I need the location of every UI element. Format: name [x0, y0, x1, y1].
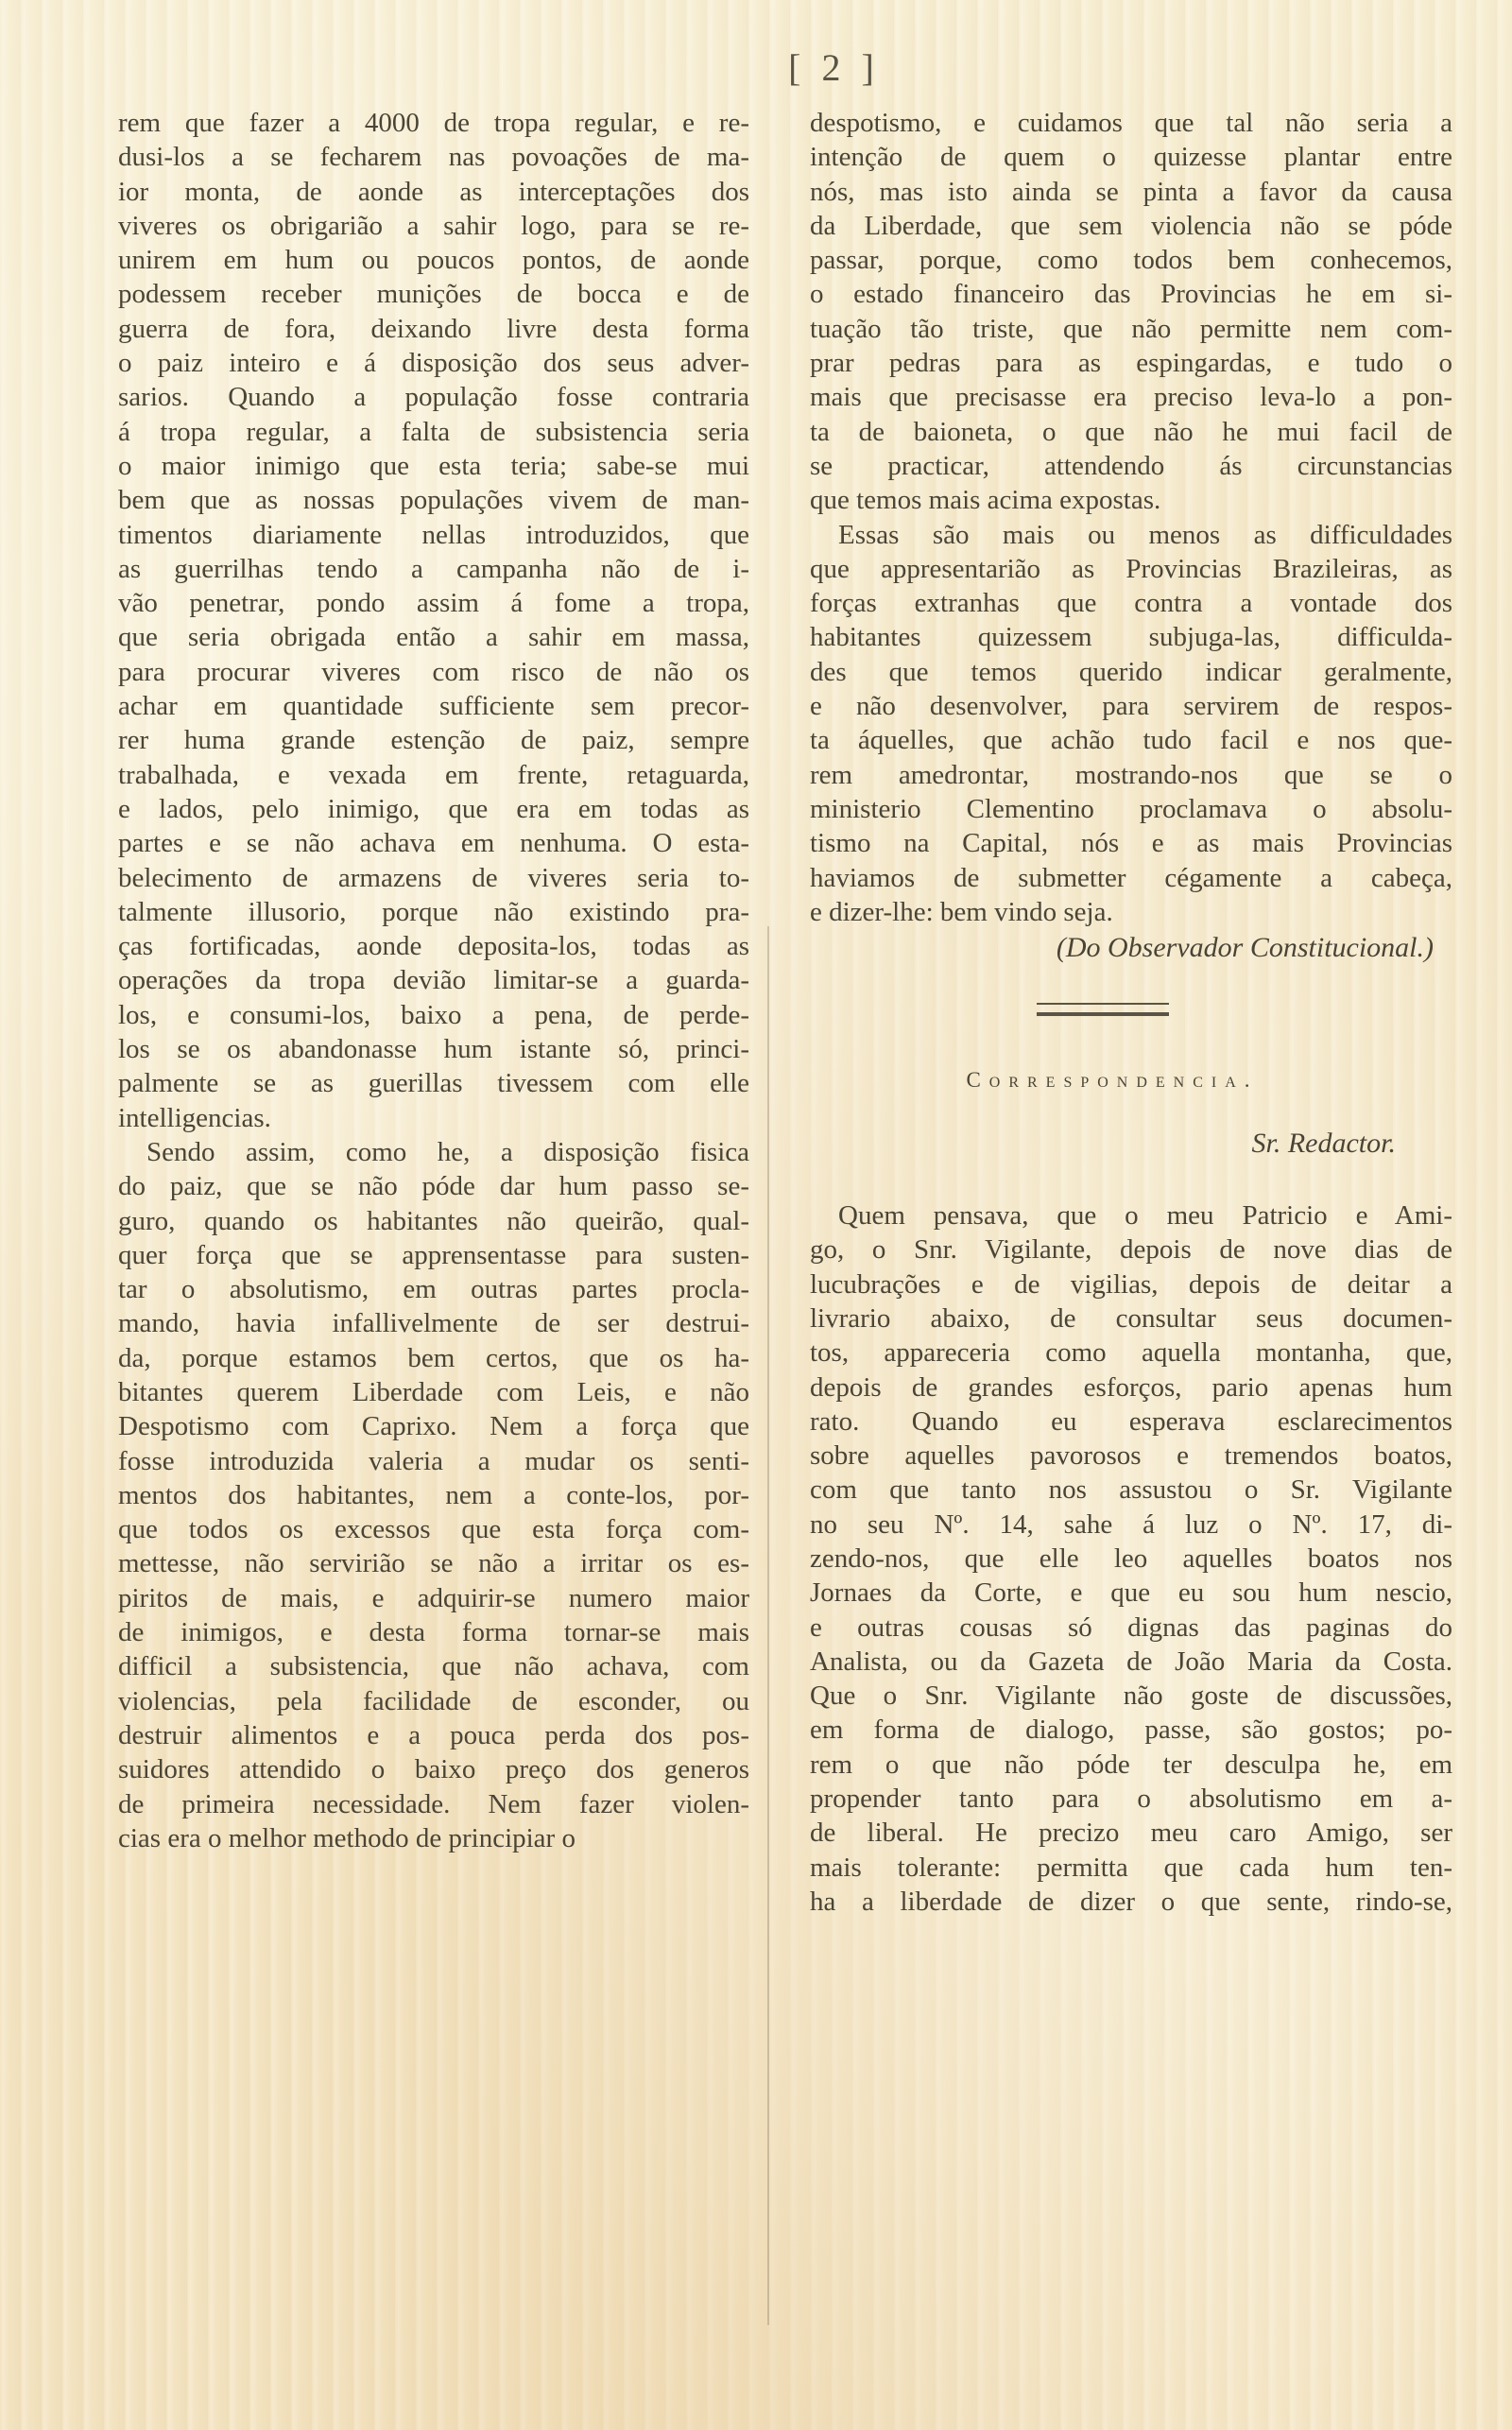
text-line: destruir alimentos e a pouca perda dos p… [118, 1718, 749, 1752]
text-line: ta áquelles, que achão tudo facil e nos … [810, 723, 1452, 757]
text-line: e não desenvolver, para servirem de resp… [810, 689, 1452, 723]
text-line: mais que precisasse era preciso leva-lo … [810, 380, 1452, 414]
text-line: forças extranhas que contra a vontade do… [810, 586, 1452, 620]
text-line: lucubrações e de vigilias, depois de dei… [810, 1267, 1452, 1301]
text-line: belecimento de armazens de viveres seria… [118, 861, 749, 895]
text-line: partes e se não achava em nenhuma. O est… [118, 826, 749, 860]
text-line: sarios. Quando a população fosse contrar… [118, 380, 749, 414]
text-line: do paiz, que se não póde dar hum passo s… [118, 1169, 749, 1203]
text-line: ministerio Clementino proclamava o absol… [810, 792, 1452, 826]
text-line: o paiz inteiro e á disposição dos seus a… [118, 346, 749, 380]
text-line: com que tanto nos assustou o Sr. Vigilan… [810, 1473, 1452, 1507]
text-line: tuação tão triste, que não permitte nem … [810, 312, 1452, 346]
text-line: da Liberdade, que sem violencia não se p… [810, 209, 1452, 243]
text-line: rem amedrontar, mostrando-nos que se o [810, 758, 1452, 792]
text-line: á tropa regular, a falta de subsistencia… [118, 415, 749, 449]
text-line: que appresentarião as Provincias Brazile… [810, 552, 1452, 586]
right-column: despotismo, e cuidamos que tal não seria… [810, 106, 1452, 1919]
text-line: zendo-nos, que elle leo aquelles boatos … [810, 1542, 1452, 1576]
text-line: Sendo assim, como he, a disposição fisic… [118, 1135, 749, 1169]
text-line: fosse introduzida valeria a mudar os sen… [118, 1444, 749, 1478]
letter-salutation: Sr. Redactor. [810, 1127, 1452, 1161]
text-line: da, porque estamos bem certos, que os ha… [118, 1341, 749, 1375]
text-line: Que o Snr. Vigilante não goste de discus… [810, 1679, 1452, 1713]
text-line: ças fortificadas, aonde deposita-los, to… [118, 929, 749, 963]
text-line: quer força que se apprensentasse para su… [118, 1238, 749, 1272]
text-line: ta de baioneta, o que não he mui facil d… [810, 415, 1452, 449]
text-line: go, o Snr. Vigilante, depois de nove dia… [810, 1232, 1452, 1267]
text-line: o estado financeiro das Provincias he em… [810, 277, 1452, 311]
text-line: talmente illusorio, porque não existindo… [118, 895, 749, 929]
text-line: unirem em hum ou poucos pontos, de aonde [118, 243, 749, 277]
text-line: intenção de quem o quizesse plantar entr… [810, 140, 1452, 174]
text-line: ior monta, de aonde as interceptações do… [118, 175, 749, 209]
text-line: no seu Nº. 14, sahe á luz o Nº. 17, di- [810, 1508, 1452, 1542]
text-line: nós, mas isto ainda se pinta a favor da … [810, 175, 1452, 209]
text-line: que temos mais acima expostas. [810, 483, 1452, 517]
text-line: e dizer-lhe: bem vindo seja. [810, 895, 1452, 929]
text-line: que seria obrigada então a sahir em mass… [118, 620, 749, 654]
left-column: rem que fazer a 4000 de tropa regular, e… [118, 106, 749, 1855]
text-line: rer huma grande estenção de paiz, sempre [118, 723, 749, 757]
text-line: rem que fazer a 4000 de tropa regular, e… [118, 106, 749, 140]
text-line: rem o que não póde ter desculpa he, em [810, 1748, 1452, 1782]
text-line: des que temos querido indicar geralmente… [810, 655, 1452, 689]
text-line: de liberal. He precizo meu caro Amigo, s… [810, 1816, 1452, 1850]
text-line: dusi-los a se fecharem nas povoações de … [118, 140, 749, 174]
text-line: rato. Quando eu esperava esclarecimentos [810, 1405, 1452, 1439]
text-line: que todos os excessos que esta força com… [118, 1512, 749, 1546]
text-line: o maior inimigo que esta teria; sabe-se … [118, 449, 749, 483]
text-line: Despotismo com Caprixo. Nem a força que [118, 1409, 749, 1443]
text-line: tar o absolutismo, em outras partes proc… [118, 1272, 749, 1306]
text-line: mando, havia infallivelmente de ser dest… [118, 1306, 749, 1340]
text-line: mais tolerante: permitta que cada hum te… [810, 1851, 1452, 1885]
text-line: palmente se as guerillas tivessem com el… [118, 1066, 749, 1100]
text-line: tismo na Capital, nós e as mais Provinci… [810, 826, 1452, 860]
text-line: em forma de dialogo, passe, são gostos; … [810, 1713, 1452, 1747]
text-line: difficil a subsistencia, que não achava,… [118, 1649, 749, 1683]
article-source-signature: (Do Observador Constitucional.) [810, 931, 1452, 965]
text-line: piritos de mais, e adquirir-se numero ma… [118, 1581, 749, 1615]
text-line: se practicar, attendendo ás circunstanci… [810, 449, 1452, 483]
text-line: viveres os obrigarião a sahir logo, para… [118, 209, 749, 243]
text-line: podessem receber munições de bocca e de [118, 277, 749, 311]
newspaper-page: [ 2 ] rem que fazer a 4000 de tropa regu… [0, 0, 1512, 2430]
text-line: guro, quando os habitantes não queirão, … [118, 1204, 749, 1238]
text-line: as guerrilhas tendo a campanha não de i- [118, 552, 749, 586]
text-line: prar pedras para as espingardas, e tudo … [810, 346, 1452, 380]
text-line: depois de grandes esforços, pario apenas… [810, 1370, 1452, 1405]
text-line: operações da tropa devião limitar-se a g… [118, 963, 749, 997]
text-line: e outras cousas só dignas das paginas do [810, 1611, 1452, 1645]
text-line: intelligencias. [118, 1101, 749, 1135]
text-line: tos, appareceria como aquella montanha, … [810, 1336, 1452, 1370]
text-line: propender tanto para o absolutismo em a- [810, 1782, 1452, 1816]
text-line: los, e consumi-los, baixo a pena, de per… [118, 998, 749, 1032]
section-separator-rule [1037, 1003, 1169, 1016]
text-line: Analista, ou da Gazeta de João Maria da … [810, 1645, 1452, 1679]
text-line: despotismo, e cuidamos que tal não seria… [810, 106, 1452, 140]
text-line: suidores attendido o baixo preço dos gen… [118, 1752, 749, 1786]
text-line: trabalhada, e vexada em frente, retaguar… [118, 758, 749, 792]
text-line: passar, porque, como todos bem conhecemo… [810, 243, 1452, 277]
text-line: habitantes quizessem subjuga-las, diffic… [810, 620, 1452, 654]
text-line: bem que as nossas populações vivem de ma… [118, 483, 749, 517]
column-divider [767, 926, 769, 2325]
text-line: haviamos de submetter cégamente a cabeça… [810, 861, 1452, 895]
page-number: [ 2 ] [0, 45, 1512, 90]
text-line: para procurar viveres com risco de não o… [118, 655, 749, 689]
text-line: bitantes querem Liberdade com Leis, e nã… [118, 1375, 749, 1409]
text-line: mentos dos habitantes, nem a conte-los, … [118, 1478, 749, 1512]
correspondence-letter: Quem pensava, que o meu Patricio e Ami-g… [810, 1198, 1452, 1919]
text-line: mettesse, não servirião se não a irritar… [118, 1546, 749, 1580]
article-continuation: despotismo, e cuidamos que tal não seria… [810, 106, 1452, 929]
text-line: Quem pensava, que o meu Patricio e Ami- [810, 1198, 1452, 1232]
text-line: e lados, pelo inimigo, que era em todas … [118, 792, 749, 826]
section-title: Correspondencia. [772, 1063, 1452, 1097]
text-line: livrario abaixo, de consultar seus docum… [810, 1301, 1452, 1336]
text-line: ha a liberdade de dizer o que sente, rin… [810, 1885, 1452, 1919]
text-line: los se os abandonasse hum istante só, pr… [118, 1032, 749, 1066]
text-line: Essas são mais ou menos as difficuldades [810, 518, 1452, 552]
text-line: achar em quantidade sufficiente sem prec… [118, 689, 749, 723]
text-line: guerra de fora, deixando livre desta for… [118, 312, 749, 346]
text-line: de inimigos, e desta forma tornar-se mai… [118, 1615, 749, 1649]
text-line: cias era o melhor methodo de principiar … [118, 1821, 749, 1855]
text-line: violencias, pela facilidade de esconder,… [118, 1684, 749, 1718]
text-line: Jornaes da Corte, e que eu sou hum nesci… [810, 1576, 1452, 1610]
text-line: vão penetrar, pondo assim á fome a tropa… [118, 586, 749, 620]
text-line: de primeira necessidade. Nem fazer viole… [118, 1787, 749, 1821]
text-line: sobre aquelles pavorosos e tremendos boa… [810, 1439, 1452, 1473]
text-line: timentos diariamente nellas introduzidos… [118, 518, 749, 552]
